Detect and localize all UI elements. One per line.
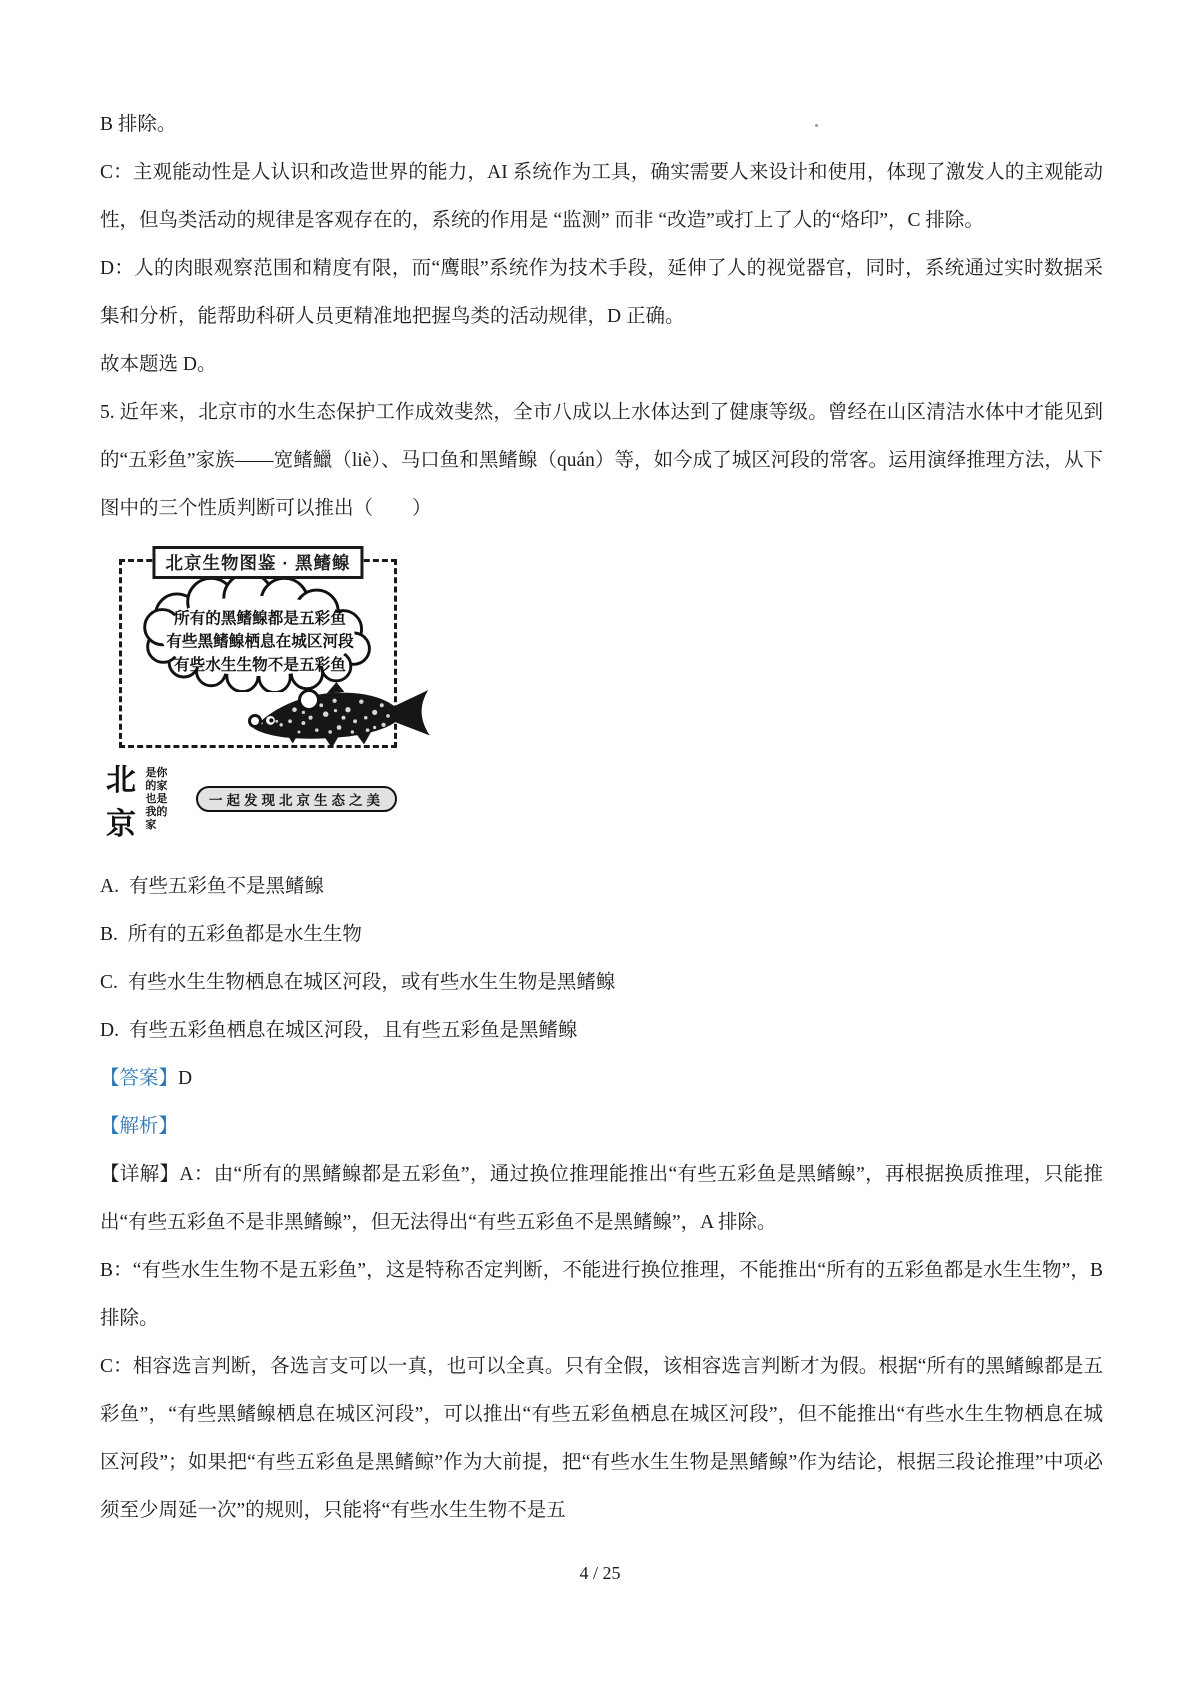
thought-bubble-large (298, 689, 320, 711)
cloud-premise-1: 所有的黑鳍鳈都是五彩鱼 (174, 608, 346, 627)
fish-pupil (269, 718, 273, 722)
option-c-label: C. (100, 972, 118, 993)
q4-option-b-conclusion: B 排除。 (100, 101, 1103, 149)
figure-beijing-fish-card: 北京生物图鉴 · 黑鳍鳈 (119, 559, 397, 843)
option-a-label: A. (100, 876, 119, 897)
answer-value: D (178, 1068, 192, 1089)
option-d-text: 有些五彩鱼栖息在城区河段，且有些五彩鱼是黑鳍鳈 (129, 1020, 578, 1041)
detail-paragraph-b: B：“有些水生生物不是五彩鱼”，这是特称否定判断，不能进行换位推理，不能推出“所… (100, 1247, 1103, 1343)
beijing-logo-slogan: 是你的家 也是我的家 (145, 767, 174, 832)
option-a: A.有些五彩鱼不是黑鳍鳈 (100, 863, 1103, 911)
analysis-bracket-label: 【解析】 (100, 1103, 1103, 1151)
q4-option-c-analysis: C：主观能动性是人认识和改造世界的能力，AI 系统作为工具，确实需要人来设计和使… (100, 149, 1103, 245)
figure-dashed-frame: 北京生物图鉴 · 黑鳍鳈 (119, 559, 397, 748)
slogan-line-1: 是你的家 (145, 767, 174, 793)
detail-paragraph-a: 【详解】A：由“所有的黑鳍鳈都是五彩鱼”，通过换位推理能推出“有些五彩鱼是黑鳍鳈… (100, 1151, 1103, 1247)
question-5-stem: 5. 近年来，北京市的水生态保护工作成效斐然，全市八成以上水体达到了健康等级。曾… (100, 389, 1103, 533)
detail-a-text: A：由“所有的黑鳍鳈都是五彩鱼”，通过换位推理能推出“有些五彩鱼是黑鳍鳈”，再根… (100, 1164, 1103, 1233)
page-number: 4 / 25 (0, 1563, 1200, 1584)
eco-banner: 一起发现北京生态之美 (196, 786, 397, 812)
page-content: B 排除。 C：主观能动性是人认识和改造世界的能力，AI 系统作为工具，确实需要… (0, 0, 1200, 1535)
option-c: C.有些水生生物栖息在城区河段，或有些水生生物是黑鳍鳈 (100, 959, 1103, 1007)
cloud-premise-3: 有些水生生物不是五彩鱼 (174, 655, 346, 674)
fish-body (254, 690, 430, 739)
exam-document-page: B 排除。 C：主观能动性是人认识和改造世界的能力，AI 系统作为工具，确实需要… (0, 0, 1200, 1697)
q4-final-answer-line: 故本题选 D。 (100, 341, 1103, 389)
option-b: B.所有的五彩鱼都是水生生物 (100, 911, 1103, 959)
option-d-label: D. (100, 1020, 119, 1041)
option-b-text: 所有的五彩鱼都是水生生物 (128, 924, 362, 945)
answer-line: 【答案】D (100, 1055, 1103, 1103)
cloud-premise-2: 有些黑鳍鳈栖息在城区河段 (166, 632, 354, 651)
option-d: D.有些五彩鱼栖息在城区河段，且有些五彩鱼是黑鳍鳈 (100, 1007, 1103, 1055)
scan-speck (815, 124, 818, 127)
beijing-logo-text: 北京 (106, 755, 138, 843)
answer-bracket-label: 【答案】 (100, 1068, 178, 1089)
figure-footer: 北京 是你的家 也是我的家 一起发现北京生态之美 (106, 755, 397, 843)
thought-cloud: 所有的黑鳍鳈都是五彩鱼 有些黑鳍鳈栖息在城区河段 有些水生生物不是五彩鱼 (133, 576, 387, 692)
figure-title: 北京生物图鉴 · 黑鳍鳈 (152, 546, 363, 579)
detail-bracket-label: 【详解】 (100, 1164, 179, 1185)
detail-paragraph-c: C：相容选言判断，各选言支可以一真，也可以全真。只有全假，该相容选言判断才为假。… (100, 1343, 1103, 1535)
option-a-text: 有些五彩鱼不是黑鳍鳈 (129, 876, 324, 897)
option-c-text: 有些水生生物栖息在城区河段，或有些水生生物是黑鳍鳈 (128, 972, 616, 993)
thought-bubble-small (248, 714, 262, 728)
option-b-label: B. (100, 924, 118, 945)
q4-option-d-analysis: D：人的肉眼观察范围和精度有限，而“鹰眼”系统作为技术手段，延伸了人的视觉器官，… (100, 245, 1103, 341)
slogan-line-2: 也是我的家 (145, 793, 174, 832)
